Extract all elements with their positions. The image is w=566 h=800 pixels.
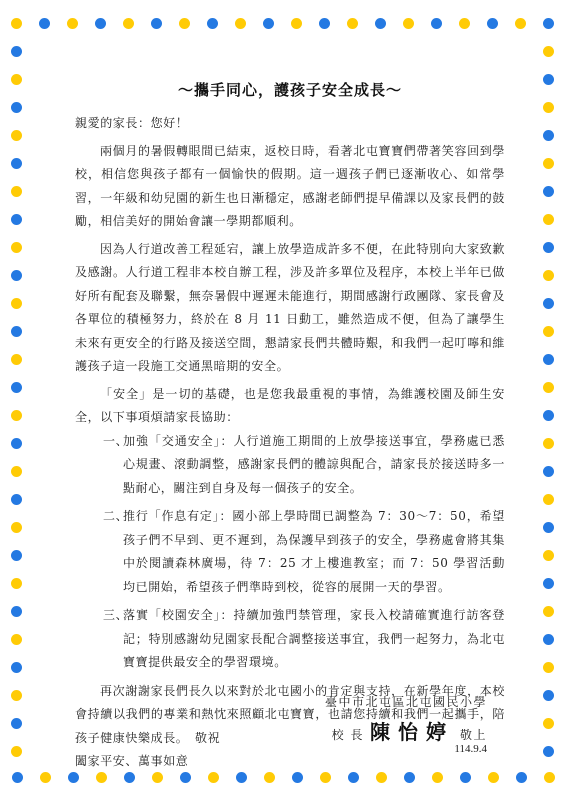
- border-dot: [543, 494, 554, 505]
- list-marker: 一、: [103, 430, 128, 454]
- border-dot: [11, 718, 22, 729]
- border-dot: [11, 578, 22, 589]
- principal-signature: 校 長 陳怡婷 敬上: [332, 716, 487, 745]
- border-dot: [543, 354, 554, 365]
- border-dot: [11, 382, 22, 393]
- border-dot: [40, 772, 51, 783]
- border-dot: [151, 18, 162, 29]
- list-item-text: 加強「交通安全」：人行道施工期間的上放學接送事宜，學務處已悉心規畫、滾動調整，感…: [123, 434, 505, 495]
- border-dot: [515, 18, 526, 29]
- border-dot: [11, 466, 22, 477]
- request-list: 一、 加強「交通安全」：人行道施工期間的上放學接送事宜，學務處已悉心規畫、滾動調…: [75, 430, 505, 675]
- border-dot: [543, 270, 554, 281]
- border-dot: [487, 18, 498, 29]
- border-dot: [543, 130, 554, 141]
- border-dot: [543, 550, 554, 561]
- border-dot: [11, 550, 22, 561]
- border-dot: [347, 18, 358, 29]
- border-dot: [11, 410, 22, 421]
- border-dot: [11, 746, 22, 757]
- border-dot: [543, 214, 554, 225]
- letter-title: ～攜手同心，護孩子安全成長～: [75, 80, 505, 100]
- border-dot: [11, 606, 22, 617]
- border-dot: [11, 18, 22, 29]
- border-dot: [403, 18, 414, 29]
- border-dot: [11, 46, 22, 57]
- border-dot: [11, 158, 22, 169]
- border-dot: [543, 662, 554, 673]
- border-dot: [543, 74, 554, 85]
- border-dot: [543, 158, 554, 169]
- border-dot: [11, 186, 22, 197]
- school-name: 臺中市北屯區北屯國民小學: [325, 693, 487, 710]
- border-dot: [544, 772, 555, 783]
- border-dot: [179, 18, 190, 29]
- border-dot: [11, 522, 22, 533]
- border-dot: [543, 634, 554, 645]
- border-dot: [12, 772, 23, 783]
- border-dot: [543, 18, 554, 29]
- border-dot: [11, 690, 22, 701]
- border-dot: [543, 746, 554, 757]
- border-dot: [11, 214, 22, 225]
- border-dot: [543, 242, 554, 253]
- border-dot: [11, 242, 22, 253]
- paragraph-1: 兩個月的暑假轉眼間已結束，返校日時，看著北屯寶寶們帶著笑容回到學校，相信您與孩子…: [75, 140, 505, 234]
- border-dot: [543, 186, 554, 197]
- border-dot: [543, 578, 554, 589]
- border-dot: [95, 18, 106, 29]
- border-dot: [207, 18, 218, 29]
- border-dot: [543, 690, 554, 701]
- border-dot: [11, 326, 22, 337]
- border-dot: [11, 130, 22, 141]
- border-dot: [459, 18, 470, 29]
- border-dot: [11, 662, 22, 673]
- border-dot: [67, 18, 78, 29]
- border-dot: [431, 18, 442, 29]
- border-dot: [235, 18, 246, 29]
- border-dot: [263, 18, 274, 29]
- border-dot: [11, 354, 22, 365]
- list-marker: 二、: [103, 505, 128, 529]
- border-dot: [543, 466, 554, 477]
- border-dot: [543, 102, 554, 113]
- list-item: 二、 推行「作息有定」：國小部上學時間已調整為 7：30～7：50，希望孩子們不…: [75, 505, 505, 599]
- border-dot: [123, 18, 134, 29]
- list-marker: 三、: [103, 604, 128, 628]
- principal-name: 陳怡婷: [370, 716, 454, 745]
- border-dot: [543, 718, 554, 729]
- greeting: 親愛的家長：您好！: [75, 112, 505, 136]
- border-dot: [543, 382, 554, 393]
- letter: ～攜手同心，護孩子安全成長～ 親愛的家長：您好！ 兩個月的暑假轉眼間已結束，返校…: [75, 80, 505, 774]
- list-item: 一、 加強「交通安全」：人行道施工期間的上放學接送事宜，學務處已悉心規畫、滾動調…: [75, 430, 505, 501]
- wishes: 闔家平安、萬事如意: [75, 750, 505, 774]
- border-dot: [543, 606, 554, 617]
- border-dot: [319, 18, 330, 29]
- border-dot: [11, 298, 22, 309]
- border-dot: [11, 438, 22, 449]
- signature-suffix: 敬上: [460, 726, 487, 743]
- list-item: 三、 落實「校園安全」：持續加強門禁管理，家長入校請確實進行訪客登記；特別感謝幼…: [75, 604, 505, 675]
- border-dot: [39, 18, 50, 29]
- border-dot: [516, 772, 527, 783]
- border-dot: [543, 522, 554, 533]
- letter-date: 114.9.4: [454, 743, 487, 755]
- paragraph-2: 因為人行道改善工程延宕，讓上放學造成許多不便，在此特別向大家致歉及感謝。人行道工…: [75, 238, 505, 379]
- border-dot: [375, 18, 386, 29]
- border-dot: [543, 298, 554, 309]
- list-item-text: 推行「作息有定」：國小部上學時間已調整為 7：30～7：50，希望孩子們不早到、…: [123, 509, 505, 594]
- border-dot: [11, 494, 22, 505]
- border-dot: [11, 74, 22, 85]
- border-dot: [291, 18, 302, 29]
- border-dot: [11, 102, 22, 113]
- border-dot: [543, 46, 554, 57]
- border-dot: [543, 326, 554, 337]
- border-dot: [543, 410, 554, 421]
- paragraph-3: 「安全」是一切的基礎，也是您我最重視的事情，為維護校園及師生安全，以下事項煩請家…: [75, 383, 505, 430]
- list-item-text: 落實「校園安全」：持續加強門禁管理，家長入校請確實進行訪客登記；特別感謝幼兒園家…: [123, 608, 505, 669]
- principal-role: 校 長: [332, 726, 364, 743]
- border-dot: [11, 634, 22, 645]
- border-dot: [11, 270, 22, 281]
- border-dot: [543, 438, 554, 449]
